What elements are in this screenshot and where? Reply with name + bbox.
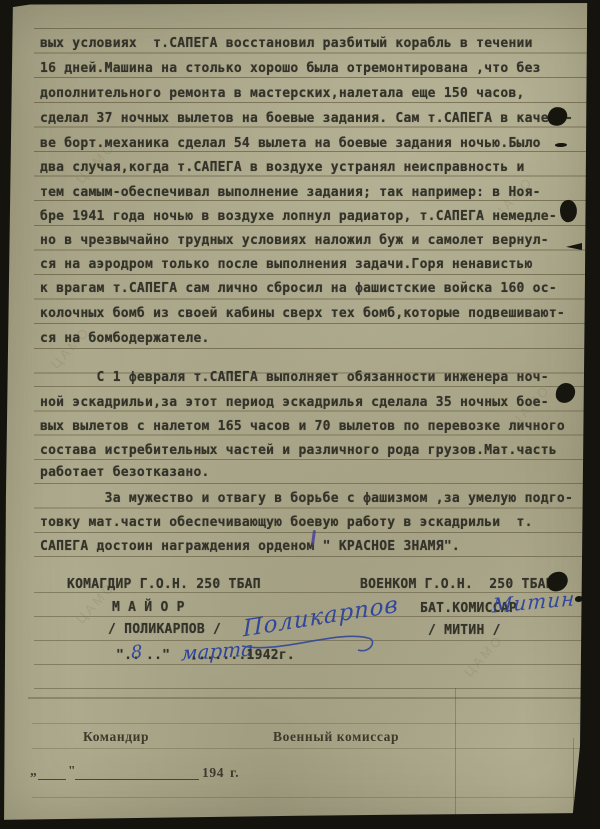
typed-line: вых условиях т.САПЕГА восстановил разбит… bbox=[40, 36, 533, 51]
signature-flourish bbox=[240, 628, 390, 658]
ruled-line bbox=[32, 723, 588, 724]
date-quote-close: .." bbox=[146, 648, 170, 663]
horizontal-crease bbox=[28, 697, 588, 699]
form-commander-label: Командир bbox=[83, 729, 149, 745]
form-year-stub: 194 bbox=[202, 765, 224, 781]
typed-line: товку мат.части обеспечивающую боевую ра… bbox=[40, 515, 533, 530]
typed-line: 16 дней.Машина на столько хорошо была от… bbox=[40, 61, 541, 76]
ruled-line bbox=[32, 797, 588, 798]
ruled-line bbox=[32, 748, 588, 749]
scanned-award-document-page: ЦАМО ЦАМО ЦАМО ЦАМО ЦАМО ЦАМО вых услови… bbox=[0, 0, 600, 829]
typed-line: колочных бомб из своей кабины сверх тех … bbox=[40, 306, 565, 321]
typed-line: вых вылетов с налетом 165 часов и 70 выл… bbox=[40, 419, 565, 434]
typed-line: к врагам т.САПЕГА сам лично сбросил на ф… bbox=[40, 281, 557, 296]
form-year-suffix: г. bbox=[230, 765, 239, 781]
typed-line: ве борт.механика сделал 54 вылета на бое… bbox=[40, 136, 541, 151]
ruled-lines-top bbox=[34, 28, 588, 377]
typed-line: работает безотказано. bbox=[40, 465, 210, 480]
typed-line: ной эскадрильи,за этот период эскадрилья… bbox=[40, 395, 549, 410]
typed-line: За мужество и отвагу в борьбе с фашизмом… bbox=[40, 491, 573, 506]
vertical-fold bbox=[455, 688, 456, 829]
typed-line: но в чрезвычайно трудных условиях наложи… bbox=[40, 233, 549, 248]
typed-line: два случая,когда т.САПЕГА в воздухе устр… bbox=[40, 160, 525, 175]
typed-line: ся на аэродром только после выполнения з… bbox=[40, 257, 533, 272]
commander-title: КОМАГДИР Г.О.Н. 250 ТБАП bbox=[67, 577, 261, 592]
form-commissar-label: Военный комиссар bbox=[273, 729, 399, 745]
commissar-name: / МИТИН / bbox=[428, 623, 501, 638]
form-blank-line bbox=[38, 779, 66, 780]
form-date-quote-close: " bbox=[68, 763, 76, 779]
typed-line: тем самым-обеспечивал выполнение задания… bbox=[40, 185, 541, 200]
typed-line: бре 1941 года ночью в воздухе лопнул рад… bbox=[40, 209, 557, 224]
commander-rank: М А Й О Р bbox=[112, 600, 185, 615]
form-date-quote-open: „ bbox=[30, 763, 37, 779]
typed-line: дополнительного ремонта в мастерских,нал… bbox=[40, 86, 525, 101]
handwritten-day: 8 bbox=[130, 642, 143, 664]
typed-line: состава истребительных частей и различно… bbox=[40, 443, 557, 458]
typed-line: сделал 37 ночных вылетов на боевые задан… bbox=[40, 111, 573, 126]
form-blank-line bbox=[75, 779, 199, 780]
typed-line: САПЕГА достоин награждения орденом " КРА… bbox=[40, 539, 460, 554]
typed-line: ся на бомбодержателе. bbox=[40, 331, 210, 346]
commander-name: / ПОЛИКАРПОВ / bbox=[108, 622, 221, 637]
typed-line: С 1 февраля т.САПЕГА выполняет обязаннос… bbox=[40, 370, 549, 385]
